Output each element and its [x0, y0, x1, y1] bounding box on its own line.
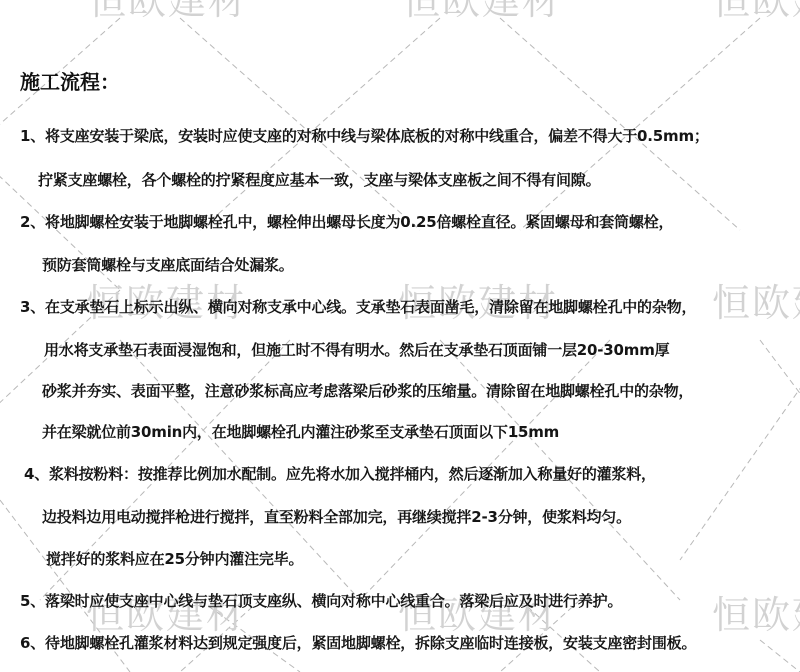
- step-line: 并在梁就位前30min内，在地脚螺栓孔内灌注砂浆至支承垫石顶面以下15mm: [42, 422, 559, 442]
- step-line: 3、在支承垫石上标示出纵、横向对称支承中心线。支承垫石表面凿毛，清除留在地脚螺栓…: [20, 297, 696, 317]
- step-line: 1、将支座安装于梁底，安装时应使支座的对称中线与梁体底板的对称中线重合，偏差不得…: [20, 126, 709, 146]
- page-title: 施工流程：: [20, 66, 120, 95]
- step-line: 边投料边用电动搅拌枪进行搅拌，直至粉料全部加完，再继续搅拌2-3分钟，使浆料均匀…: [42, 507, 631, 527]
- step-line: 预防套筒螺栓与支座底面结合处漏浆。: [42, 255, 294, 275]
- step-line: 用水将支承垫石表面浸湿饱和，但施工时不得有明水。然后在支承垫石顶面铺一层20-3…: [44, 340, 669, 360]
- step-line: 6、待地脚螺栓孔灌浆材料达到规定强度后，紧固地脚螺栓，拆除支座临时连接板，安装支…: [20, 633, 696, 653]
- step-line: 4、浆料按粉料：按推荐比例加水配制。应先将水加入搅拌桶内，然后逐渐加入称量好的灌…: [24, 464, 656, 484]
- step-line: 砂浆并夯实、表面平整，注意砂浆标高应考虑落梁后砂浆的压缩量。清除留在地脚螺栓孔中…: [42, 381, 693, 401]
- construction-process-document: 施工流程： 1、将支座安装于梁底，安装时应使支座的对称中线与梁体底板的对称中线重…: [0, 0, 800, 672]
- step-line: 2、将地脚螺栓安装于地脚螺栓孔中，螺栓伸出螺母长度为0.25倍螺栓直径。紧固螺母…: [20, 212, 673, 232]
- step-line: 5、落梁时应使支座中心线与垫石顶支座纵、横向对称中心线重合。落梁后应及时进行养护…: [20, 591, 622, 611]
- step-line: 拧紧支座螺栓，各个螺栓的拧紧程度应基本一致，支座与梁体支座板之间不得有间隙。: [38, 170, 600, 190]
- step-line: 搅拌好的浆料应在25分钟内灌注完毕。: [46, 549, 303, 569]
